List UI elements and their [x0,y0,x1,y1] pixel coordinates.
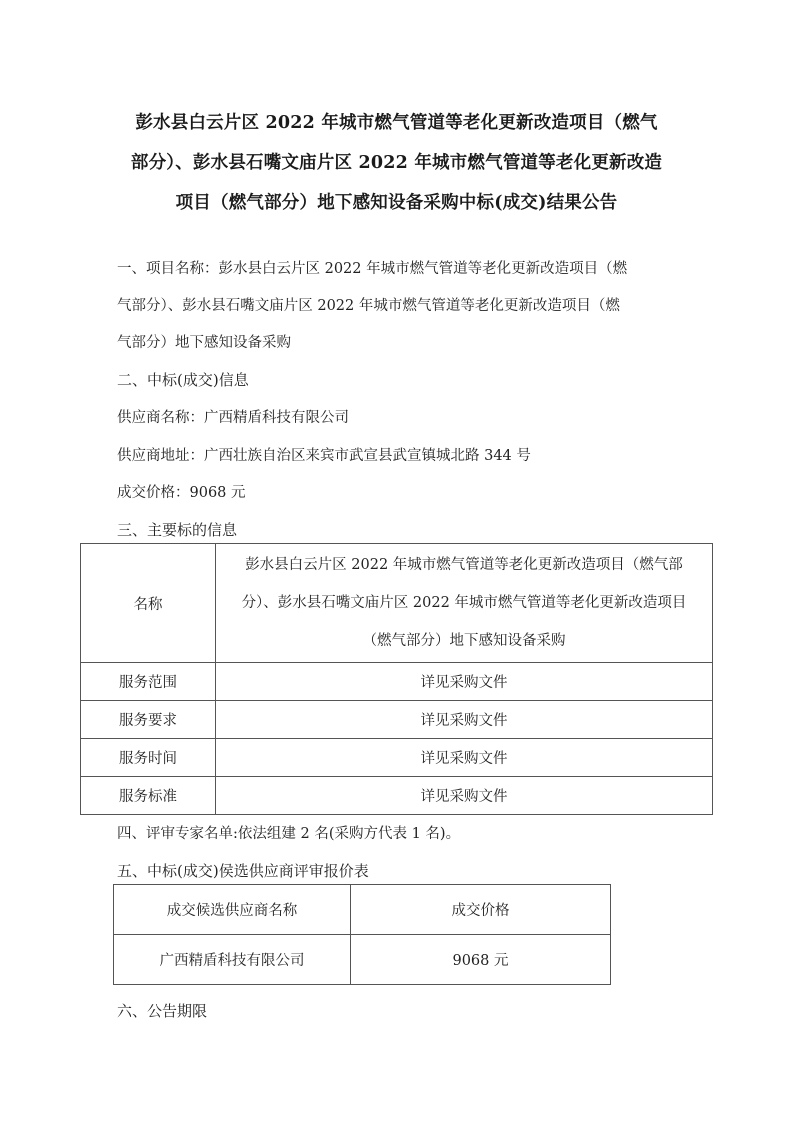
table-row: 服务范围 详见采购文件 [81,663,713,701]
table-row: 广西精盾科技有限公司 9068 元 [114,935,611,985]
name-value-line: 分）、彭水县石嘴文庙片区 2022 年城市燃气管道等老化更新改造项目 [220,584,708,622]
table-row: 服务时间 详见采购文件 [81,739,713,777]
expert-list: 四、评审专家名单:依法组建 2 名(采购方代表 1 名)。 [117,824,460,844]
table-cell-value: 彭水县白云片区 2022 年城市燃气管道等老化更新改造项目（燃气部 分）、彭水县… [216,544,713,663]
name-value-line: 彭水县白云片区 2022 年城市燃气管道等老化更新改造项目（燃气部 [220,546,708,584]
document-title: 彭水县白云片区 2022 年城市燃气管道等老化更新改造项目（燃气 部分）、彭水县… [100,103,693,223]
table-row: 服务要求 详见采购文件 [81,701,713,739]
title-line: 项目（燃气部分）地下感知设备采购中标(成交)结果公告 [100,183,693,223]
table-row: 服务标准 详见采购文件 [81,777,713,815]
title-line: 彭水县白云片区 2022 年城市燃气管道等老化更新改造项目（燃气 [100,103,693,143]
table-row: 名称 彭水县白云片区 2022 年城市燃气管道等老化更新改造项目（燃气部 分）、… [81,544,713,663]
project-name-line: 气部分）、彭水县石嘴文庙片区 2022 年城市燃气管道等老化更新改造项目（燃 [117,296,620,316]
table-header-cell: 成交候选供应商名称 [114,885,351,935]
section-heading-main-subject: 三、主要标的信息 [117,520,237,540]
table-cell-label: 服务标准 [81,777,216,815]
award-price: 成交价格：9068 元 [117,483,246,503]
table-cell: 9068 元 [351,935,611,985]
main-subject-table: 名称 彭水县白云片区 2022 年城市燃气管道等老化更新改造项目（燃气部 分）、… [80,543,713,815]
table-cell: 广西精盾科技有限公司 [114,935,351,985]
table-cell-value: 详见采购文件 [216,777,713,815]
table-cell-label: 服务时间 [81,739,216,777]
table-header-cell: 成交价格 [351,885,611,935]
project-name-line: 一、项目名称：彭水县白云片区 2022 年城市燃气管道等老化更新改造项目（燃 [117,259,627,279]
table-header-row: 成交候选供应商名称 成交价格 [114,885,611,935]
section-heading-award-info: 二、中标(成交)信息 [117,370,249,390]
table-cell-label: 名称 [81,544,216,663]
table-cell-value: 详见采购文件 [216,739,713,777]
title-line: 部分）、彭水县石嘴文庙片区 2022 年城市燃气管道等老化更新改造 [100,143,693,183]
project-name-line: 气部分）地下感知设备采购 [117,333,291,353]
bid-price-table: 成交候选供应商名称 成交价格 广西精盾科技有限公司 9068 元 [113,884,611,985]
table-cell-value: 详见采购文件 [216,663,713,701]
supplier-address: 供应商地址：广西壮族自治区来宾市武宣县武宣镇城北路 344 号 [117,446,531,466]
name-value-line: （燃气部分）地下感知设备采购 [220,622,708,660]
section-heading-notice-period: 六、公告期限 [117,1001,207,1021]
table-cell-label: 服务要求 [81,701,216,739]
section-heading-bid-table: 五、中标(成交)侯选供应商评审报价表 [117,861,369,881]
supplier-name: 供应商名称：广西精盾科技有限公司 [117,408,349,428]
table-cell-label: 服务范围 [81,663,216,701]
table-cell-value: 详见采购文件 [216,701,713,739]
